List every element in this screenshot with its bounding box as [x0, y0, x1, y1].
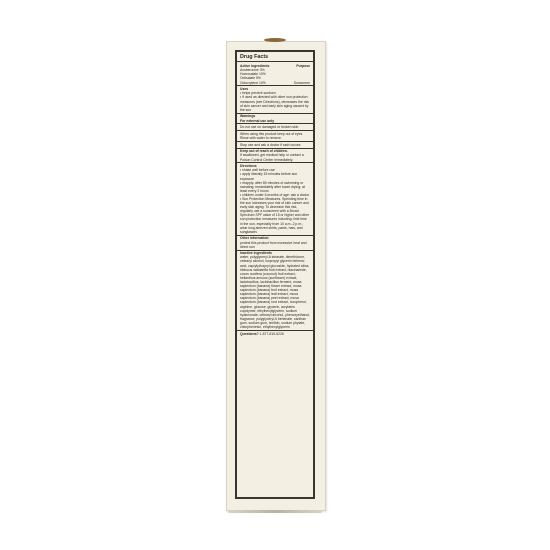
- when-using-section: When using this product keep out of eyes…: [237, 131, 313, 142]
- external-use-note: For external use only: [240, 119, 310, 123]
- questions-line: Questions? 1-877-815-6226: [240, 331, 310, 336]
- stop-use-text: Stop use and ask a doctor if rash occurs: [240, 143, 310, 147]
- keep-out-section: Keep out of reach of children. If swallo…: [237, 149, 313, 164]
- warnings-section: Warnings For external use only: [237, 114, 313, 125]
- purpose-value: Sunscreen: [294, 81, 310, 85]
- questions-label: Questions?: [240, 332, 259, 336]
- active-ingredients-section: Active ingredients Purpose Avobenzone 3%…: [237, 63, 313, 86]
- directions-item: apply liberally 15 minutes before sun ex…: [240, 172, 310, 180]
- stop-use-section: Stop use and ask a doctor if rash occurs: [237, 142, 313, 149]
- uses-section: Uses helps prevent sunburn if used as di…: [237, 86, 313, 113]
- other-information-section: Other information protect this product f…: [237, 236, 313, 251]
- purpose-heading: Purpose: [296, 64, 310, 68]
- directions-item: Sun Protection Measures. Spending time i…: [240, 197, 310, 234]
- do-not-use-section: Do not use on damaged or broken skin: [237, 124, 313, 131]
- inactive-ingredients-section: Inactive ingredients water, polyglyceryl…: [237, 251, 313, 331]
- drug-facts-panel: Drug Facts Active ingredients Purpose Av…: [235, 50, 315, 499]
- do-not-use-text: Do not use on damaged or broken skin: [240, 125, 310, 129]
- directions-section: Directions shake well before use apply l…: [237, 163, 313, 235]
- directions-item: reapply: after 80 minutes of swimming or…: [240, 181, 310, 193]
- other-information-text: protect this product from excessive heat…: [240, 241, 310, 249]
- active-ingredient: Octocrylene 10%: [240, 81, 266, 85]
- inactive-ingredients-text: water, polyglyceryl-6 stearate, dimethic…: [240, 255, 310, 329]
- box-bottom-shadow: [228, 510, 322, 513]
- questions-phone: 1-877-815-6226: [260, 332, 284, 336]
- when-using-text: When using this product keep out of eyes…: [240, 132, 310, 140]
- uses-item: if used as directed with other sun prote…: [240, 95, 310, 111]
- box-top-flap: [264, 38, 286, 42]
- swallowed-text: If swallowed, get medical help or contac…: [240, 153, 310, 161]
- drug-facts-title: Drug Facts: [237, 54, 313, 62]
